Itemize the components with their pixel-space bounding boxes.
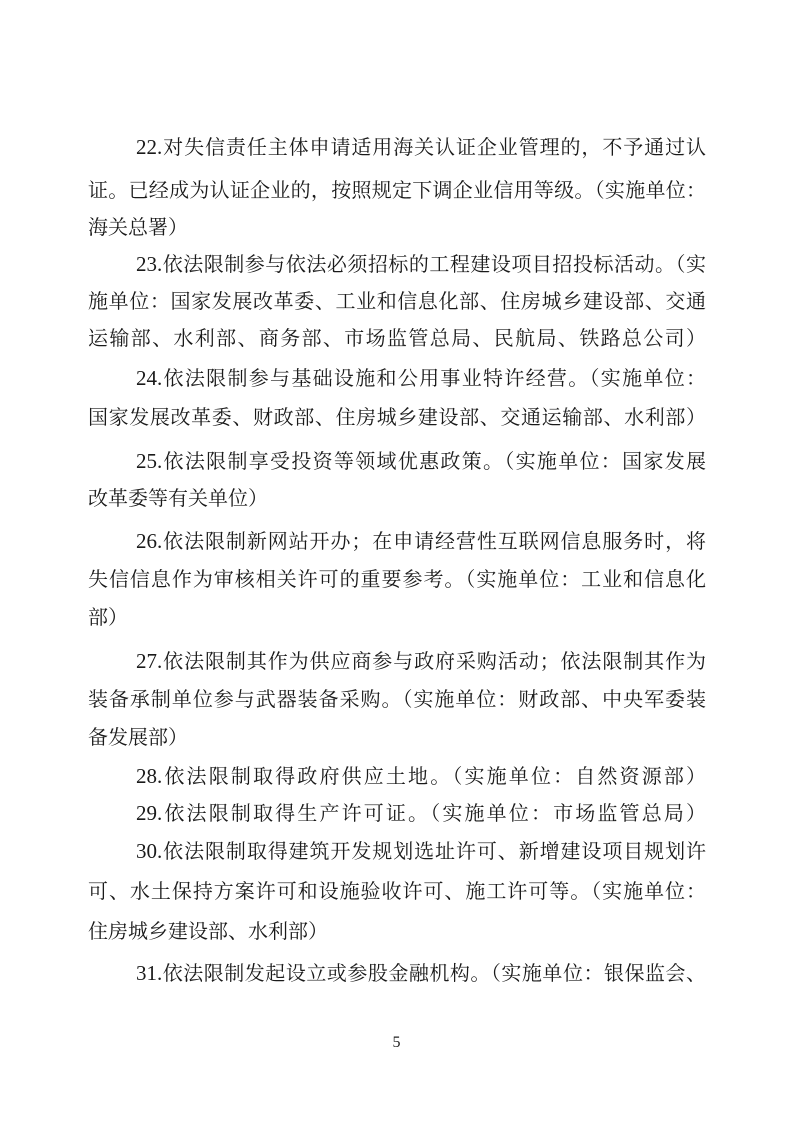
- document-page: 22.对失信责任主体申请适用海关认证企业管理的，不予通过认 证。已经成为认证企业…: [0, 0, 793, 1122]
- item-23-line-3: 运输部、水利部、商务部、市场监管总局、民航局、铁路总公司）: [88, 324, 706, 352]
- item-number: 23.: [136, 252, 162, 276]
- item-number: 24.: [136, 366, 162, 390]
- item-number: 29.: [136, 801, 162, 825]
- item-number: 26.: [136, 529, 162, 553]
- item-27-line-3: 备发展部）: [88, 723, 706, 751]
- item-25-line-2: 改革委等有关单位）: [88, 484, 706, 512]
- item-28-line-1: 28.依法限制取得政府供应土地。（实施单位：自然资源部）: [136, 762, 706, 790]
- item-29-line-1: 29.依法限制取得生产许可证。（实施单位：市场监管总局）: [136, 799, 706, 827]
- item-26-line-2: 失信信息作为审核相关许可的重要参考。（实施单位：工业和信息化: [88, 565, 706, 593]
- item-number: 25.: [136, 449, 162, 473]
- item-number: 28.: [136, 764, 162, 788]
- item-22-line-2: 证。已经成为认证企业的，按照规定下调企业信用等级。（实施单位：: [88, 176, 706, 204]
- item-27-line-2: 装备承制单位参与武器装备采购。（实施单位：财政部、中央军委装: [88, 685, 706, 713]
- item-22-line-3: 海关总署）: [88, 213, 706, 241]
- item-26-line-3: 部）: [88, 603, 706, 631]
- item-27-line-1: 27.依法限制其作为供应商参与政府采购活动；依法限制其作为: [136, 647, 706, 675]
- item-23-line-2: 施单位：国家发展改革委、工业和信息化部、住房城乡建设部、交通: [88, 287, 706, 315]
- item-number: 31.: [136, 961, 162, 985]
- item-30-line-3: 住房城乡建设部、水利部）: [88, 917, 706, 945]
- item-26-line-1: 26.依法限制新网站开办；在申请经营性互联网信息服务时，将: [136, 527, 706, 555]
- item-30-line-1: 30.依法限制取得建筑开发规划选址许可、新增建设项目规划许: [136, 837, 706, 865]
- item-22-line-1: 22.对失信责任主体申请适用海关认证企业管理的，不予通过认: [136, 133, 706, 161]
- item-31-line-1: 31.依法限制发起设立或参股金融机构。（实施单位：银保监会、: [136, 959, 706, 987]
- item-24-line-2: 国家发展改革委、财政部、住房城乡建设部、交通运输部、水利部）: [88, 403, 706, 431]
- item-number: 22.: [136, 135, 162, 159]
- item-number: 30.: [136, 839, 162, 863]
- item-number: 27.: [136, 649, 162, 673]
- item-24-line-1: 24.依法限制参与基础设施和公用事业特许经营。（实施单位：: [136, 364, 706, 392]
- page-number: 5: [0, 1034, 793, 1052]
- item-25-line-1: 25.依法限制享受投资等领域优惠政策。（实施单位：国家发展: [136, 447, 706, 475]
- item-30-line-2: 可、水土保持方案许可和设施验收许可、施工许可等。（实施单位：: [88, 877, 706, 905]
- item-23-line-1: 23.依法限制参与依法必须招标的工程建设项目招投标活动。（实: [136, 250, 706, 278]
